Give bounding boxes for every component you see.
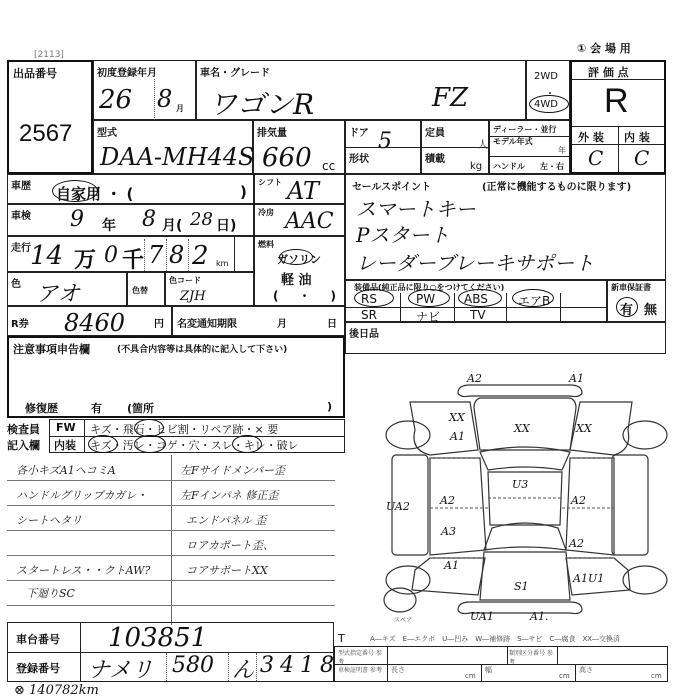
lot-number-box: 出品番号 2567 (7, 60, 93, 174)
man-unit: 万 (74, 243, 96, 274)
car-cert-label: 車検証明書 参考 (338, 665, 386, 674)
damage-legend: A―キズ E―エクボ U―凹み W―補修跡 S―サビ C―腐食 XX―交換済 (370, 634, 620, 644)
sales-point-3: レーダーブレーキサポート (356, 247, 594, 276)
footer-mileage-note: ⊗ 140782km (14, 683, 99, 698)
damage-mark: A2 (569, 537, 584, 550)
equip-tv: TV (470, 308, 486, 322)
dealer-label: ディーラー・並行 (493, 124, 556, 135)
registration-class: 580 (172, 653, 214, 678)
mileage-sen: 0 (104, 243, 118, 268)
registration-kana: ん (232, 653, 254, 684)
displacement-label: 排気量 (257, 124, 287, 139)
inspection-year: 9 (70, 207, 84, 232)
note-left-3: シートヘタリ (16, 512, 82, 528)
interior-grade: C (634, 146, 649, 170)
capacity-label: 定員 (425, 124, 445, 139)
mileage-man: 14 (30, 241, 63, 271)
mileage-label: 走行 (11, 239, 31, 254)
km-unit: km (216, 259, 228, 268)
model-code-value: DAA-MH44S (100, 143, 255, 171)
registration-label: 登録番号 (16, 660, 60, 676)
remarks-label: 注意事項申告欄 (13, 341, 90, 357)
model-code-cell: 型式 DAA-MH44S (93, 120, 253, 174)
inspection-day: 28 (190, 209, 213, 230)
inspection-cell: 車検 9 年 8 月( 28 日) (7, 204, 254, 236)
damage-mark: XX (449, 411, 465, 424)
length-label: 長さ (391, 665, 405, 675)
fuel-diesel: 軽 油 (281, 269, 312, 288)
door-cell: ドア 5 形状 (345, 120, 421, 174)
score-value: R (604, 82, 629, 121)
year-unit: 年 (558, 145, 566, 156)
interior-items: キズ・汚レ・コゲ・穴・スレ・キレ・破レ (90, 437, 299, 453)
svg-text:スペア: スペア (394, 617, 412, 624)
inspection-day-unit: 日) (216, 215, 236, 235)
recycle-value: 8460 (64, 309, 125, 337)
fuel-label: 燃料 (258, 239, 274, 250)
mileage-cell: 走行 14 万 0 千 7 8 2 km (7, 236, 254, 272)
mileage-d3: 2 (192, 241, 209, 271)
inspector-label: 検査員 (7, 421, 40, 437)
remarks-note: (不具合内容等は具体的に記入して下さい) (117, 342, 287, 355)
sheet-code: [2113] (34, 50, 64, 60)
car-name-label: 車名・グレード (200, 64, 270, 79)
history-label: 車歴 (11, 177, 31, 192)
shift-cell: シフト AT (254, 174, 345, 204)
inspection-year-unit: 年 (102, 215, 116, 235)
drive-2wd: 2WD (534, 71, 558, 82)
rs-circle (354, 289, 394, 307)
door-label: ドア (349, 124, 369, 139)
damage-mark: A2 (467, 372, 482, 385)
sales-point-1: スマートキー (356, 193, 476, 222)
color-label: 色 (11, 275, 21, 290)
history-close: ) (240, 183, 247, 201)
bottom-table: 型式指定番号 参考 類別区分番号 参考 車検証明書 参考 長さ cm 幅 cm … (334, 646, 668, 682)
name-change-month: 月 (277, 315, 287, 330)
history-circle (52, 180, 98, 202)
damage-mark: S1 (514, 580, 529, 593)
exterior-label: 外 装 (578, 129, 604, 145)
cc-unit: cc (322, 159, 335, 173)
legend-marker: T (338, 632, 345, 645)
width-label: 幅 (485, 665, 492, 675)
inspection-label: 車検 (11, 207, 31, 222)
registration-region: ナメリ (88, 653, 153, 684)
displacement-cell: 排気量 660 cc (253, 120, 345, 174)
warranty-yes-circle (616, 297, 638, 317)
pw-circle (408, 289, 450, 307)
ac-cell: 冷房 AAC (254, 204, 345, 236)
sales-points-note: (正常に機能するものに限ります) (482, 178, 631, 193)
chassis-value: 103851 (108, 623, 207, 653)
name-change-day: 日 (327, 315, 337, 330)
recycle-label: R券 (11, 315, 29, 330)
drive-cell: 2WD ・ 4WD (526, 60, 570, 120)
warranty-box: 新車保証書 有 無 (607, 280, 666, 322)
equipment-box: 装備品(純正品に限り○をつけてください) RS PW ABS エアB SR ナビ… (345, 280, 607, 322)
inspection-month-unit: 月( (162, 215, 182, 235)
chassis-reg-box: 車台番号 103851 登録番号 ナメリ 580 ん 3418 (7, 622, 334, 682)
color-change-cell: 色替 (127, 272, 165, 306)
fw-label: FW (56, 421, 76, 434)
interior-label: 内 装 (624, 129, 650, 145)
sen-unit: 千 (122, 243, 144, 274)
score-box: 評 価 点 R 外 装 内 装 C C (570, 60, 666, 174)
drive-selected-circle (529, 95, 569, 113)
car-name-cell: 車名・グレード ワゴンR FZ (196, 60, 526, 120)
name-change-label: 名変通知期限 (177, 315, 237, 330)
warranty-no: 無 (644, 299, 657, 318)
inspector-box: 検査員 記入欄 FW 内装 キズ・飛石・ヒビ割・リペア跡・× 要 キズ・汚レ・コ… (7, 419, 345, 453)
mileage-d1: 7 (148, 241, 163, 269)
type-cert-label: 型式指定番号 参考 (338, 648, 386, 666)
dealer-cell: ディーラー・並行 モデル年式 年 ハンドル 左・右 (489, 120, 570, 174)
note-right-1: 左Fサイドメンバー歪 (180, 462, 285, 478)
kg-unit: kg (470, 161, 482, 172)
color-cell: 色 アオ (7, 272, 127, 306)
mileage-d2: 8 (169, 241, 184, 269)
abs-circle (458, 289, 502, 307)
damage-mark: A2 (440, 494, 455, 507)
wear-circle (232, 435, 262, 453)
repair-close: ) (327, 400, 332, 413)
capacity-unit: 人 (478, 136, 488, 151)
shift-value: AT (287, 177, 319, 205)
first-reg-cell: 初度登録年月 26 8 月 (93, 60, 196, 120)
ac-label: 冷房 (258, 207, 274, 218)
fuel-other: ( ・ ) (273, 287, 340, 304)
note-left-1: 各小キズA1ヘコミA (16, 462, 116, 478)
first-reg-label: 初度登録年月 (97, 64, 157, 79)
damage-mark: XX (514, 422, 530, 435)
equip-sr: SR (361, 308, 377, 322)
warranty-label: 新車保証書 (611, 282, 651, 293)
height-unit: cm (651, 672, 662, 680)
fuel-cell: 燃料 ガソリン 軽 油 ( ・ ) (254, 236, 345, 306)
grade-value: FZ (432, 83, 468, 113)
inspection-month: 8 (142, 207, 156, 232)
damage-mark: A3 (441, 525, 456, 538)
damage-mark: A1U1 (573, 572, 604, 585)
damage-mark: A1 (444, 559, 459, 572)
color-code-label: 色コード (169, 275, 201, 286)
interior-row-label: 内装 (54, 437, 76, 453)
color-value: アオ (36, 277, 80, 308)
repair-history-label: 修復歴 (25, 400, 58, 416)
model-code-label: 型式 (97, 124, 117, 139)
lot-number-label: 出品番号 (13, 65, 57, 81)
damage-mark: A1. (530, 610, 548, 623)
damage-mark: U3 (512, 478, 528, 491)
note-left-2: ハンドルグリップカガレ・ (16, 487, 147, 503)
scratch-circle (88, 435, 118, 453)
door-value: 5 (378, 129, 392, 154)
chassis-label: 車台番号 (16, 631, 60, 647)
length-unit: cm (465, 672, 476, 680)
history-cell: 車歴 自家用 ・ ( ) (7, 174, 254, 204)
sales-point-2: Pスタート (356, 219, 449, 248)
note-left-6: 下廻りSC (26, 585, 75, 601)
damage-mark: UA2 (386, 500, 410, 513)
ac-value: AAC (285, 209, 334, 234)
shape-label: 形状 (349, 150, 369, 165)
damage-mark: A1 (569, 372, 584, 385)
sales-points-box: セールスポイント (正常に機能するものに限ります) スマートキー Pスタート レ… (345, 174, 666, 280)
handle-label: ハンドル (493, 161, 525, 172)
name-change-cell: 名変通知期限 月 日 (172, 306, 345, 336)
damage-mark: UA1 (470, 610, 494, 623)
venue-use-label: ① 会 場 用 (577, 40, 631, 56)
color-change-label: 色替 (132, 285, 148, 296)
note-right-2: 左Fインパネ 修正歪 (180, 487, 278, 503)
model-year-label: モデル年式 (493, 138, 533, 146)
remarks-box: 注意事項申告欄 (不具合内容等は具体的に記入して下さい) 修復歴 有 (箇所 ) (7, 336, 345, 418)
dirt-circle (134, 435, 166, 453)
note-right-3: エンドパネル 歪 (186, 512, 266, 528)
note-right-5: コアサポートXX (186, 562, 268, 578)
exterior-grade: C (588, 146, 603, 170)
later-items-box: 後日品 (345, 322, 666, 354)
entry-label: 記入欄 (7, 437, 40, 453)
sales-points-label: セールスポイント (352, 178, 431, 193)
damage-mark: A1 (450, 430, 465, 443)
recycle-cell: R券 8460 円 (7, 306, 172, 336)
fuel-gas-circle (279, 249, 313, 265)
displacement-value: 660 (262, 143, 312, 173)
damage-mark: A2 (571, 494, 586, 507)
handle-options: 左・右 (540, 161, 564, 172)
month-unit: 月 (176, 103, 184, 114)
width-unit: cm (559, 672, 570, 680)
shift-label: シフト (258, 177, 282, 188)
note-left-5: スタートレス・・クトAW? (16, 562, 150, 578)
score-label: 評 価 点 (588, 64, 629, 80)
registration-number: 3418 (260, 653, 340, 678)
damage-mark: XX (576, 422, 592, 435)
car-name-value: ワゴンR (209, 83, 314, 123)
lot-number-value: 2567 (19, 120, 72, 148)
color-code-cell: 色コード ZJH (165, 272, 254, 306)
class-no-label: 類別区分番号 参考 (509, 648, 557, 666)
height-label: 高さ (579, 665, 593, 675)
later-items-label: 後日品 (349, 325, 379, 340)
load-label: 積載 (425, 150, 445, 165)
airbag-circle (512, 289, 554, 307)
note-right-4: ロアカポート歪、 (186, 537, 274, 553)
inspector-grid: FW 内装 キズ・飛石・ヒビ割・リペア跡・× 要 キズ・汚レ・コゲ・穴・スレ・キ… (49, 419, 345, 453)
repair-has: 有 (91, 400, 102, 416)
capacity-cell: 定員 人 積載 kg (421, 120, 489, 174)
repair-place-label: (箇所 (127, 400, 154, 416)
color-code-value: ZJH (180, 289, 206, 304)
yen-unit: 円 (154, 315, 164, 330)
first-reg-month: 8 (157, 85, 172, 113)
first-reg-year: 26 (99, 85, 132, 115)
